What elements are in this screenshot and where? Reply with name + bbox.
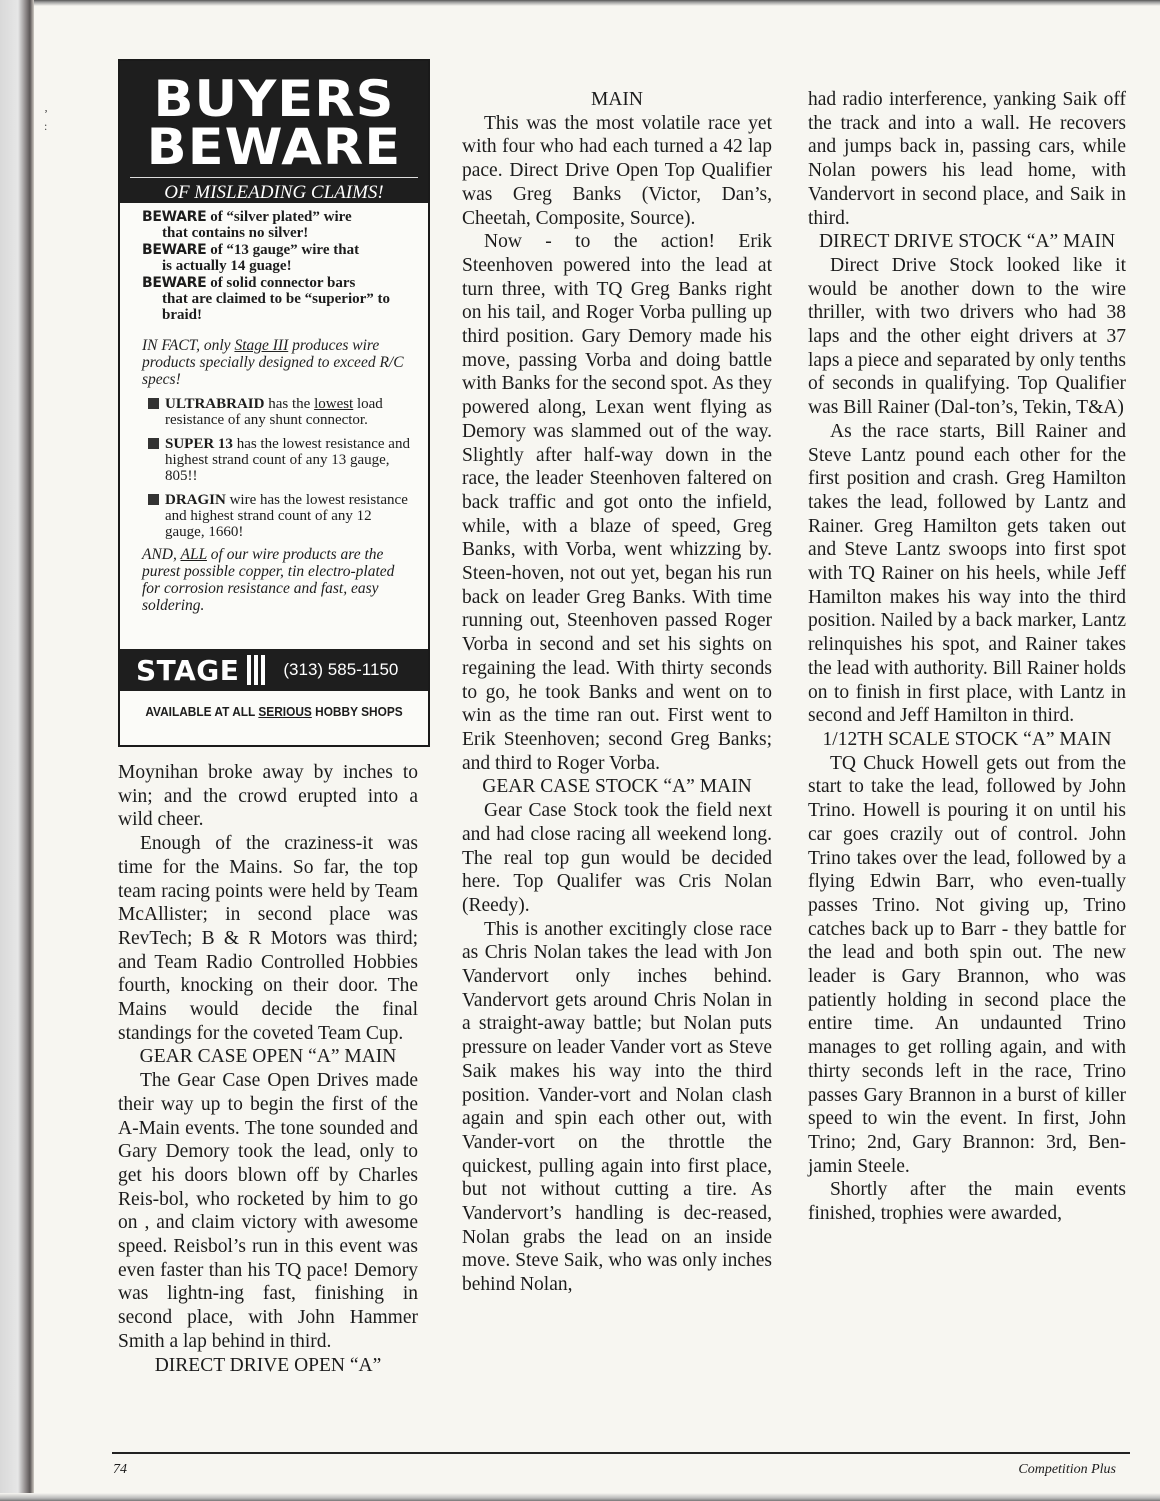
section-heading: DIRECT DRIVE OPEN “A” <box>118 1354 418 1378</box>
fact-prefix: IN FACT, only <box>142 337 234 354</box>
paragraph: Gear Case Stock took the field next and … <box>462 799 772 918</box>
bullet-square-icon <box>148 494 159 505</box>
roman-three-icon <box>247 655 265 685</box>
page-number: 74 <box>113 1462 127 1478</box>
ad-title: BUYERS BEWARE <box>112 61 435 171</box>
brand-logo-text: STAGE <box>136 654 239 687</box>
ad-fact: IN FACT, only Stage III produces wire pr… <box>142 337 414 388</box>
paragraph: Direct Drive Stock looked like it would … <box>808 254 1126 420</box>
paragraph: TQ Chuck Howell gets out from the start … <box>808 752 1126 1179</box>
beware-text: of “13 gauge” wire that <box>210 242 359 258</box>
paragraph: This is another excitingly close race as… <box>462 918 772 1297</box>
beware-keyword: BEWARE <box>142 275 206 291</box>
product-item: DRAGIN wire has the lowest resistance an… <box>142 492 414 540</box>
paragraph: Shortly after the main events finished, … <box>808 1178 1126 1225</box>
ad-title-line1: BUYERS <box>112 75 435 123</box>
product-text: DRAGIN wire has the lowest resistance an… <box>165 492 414 540</box>
book-binding <box>0 0 34 1501</box>
article-column-2: MAINThis was the most volatile race yet … <box>462 88 772 1297</box>
product-desc: has the <box>264 396 314 412</box>
article-column-1: Moynihan broke away by inches to win; an… <box>118 761 418 1377</box>
beware-text: of “silver plated” wire <box>210 209 352 225</box>
product-text: ULTRABRAID has the lowest load resistanc… <box>165 396 414 428</box>
ad-and-statement: AND, ALL of our wire products are the pu… <box>142 546 414 614</box>
section-heading: GEAR CASE OPEN “A” MAIN <box>118 1045 418 1069</box>
ad-divider <box>130 177 418 178</box>
beware-keyword: BEWARE <box>142 209 206 225</box>
beware-text-cont: that contains no silver! <box>142 225 414 241</box>
product-name: SUPER 13 <box>165 436 233 452</box>
page-bottom-edge <box>0 1493 1160 1501</box>
product-name: DRAGIN <box>165 492 226 508</box>
ad-brand-bar: STAGE (313) 585-1150 <box>120 649 428 691</box>
avail-serious: SERIOUS <box>258 705 311 719</box>
publication-name: Competition Plus <box>1018 1462 1116 1478</box>
bullet-square-icon <box>148 438 159 449</box>
paragraph: Now - to the action! Erik Steenhoven pow… <box>462 230 772 775</box>
product-text: SUPER 13 has the lowest resistance and h… <box>165 436 414 484</box>
bullet-square-icon <box>148 398 159 409</box>
product-item: ULTRABRAID has the lowest load resistanc… <box>142 396 414 428</box>
ad-body: BEWARE of “silver plated” wirethat conta… <box>120 203 428 614</box>
paragraph: The Gear Case Open Drives made their way… <box>118 1069 418 1353</box>
ad-header: BUYERS BEWARE OF MISLEADING CLAIMS! <box>120 61 428 203</box>
paragraph: As the race starts, Bill Rainer and Stev… <box>808 420 1126 728</box>
fact-brand: Stage III <box>234 337 288 354</box>
beware-text-cont: is actually 14 guage! <box>142 258 414 274</box>
page-top-edge <box>34 0 1160 6</box>
section-heading: GEAR CASE STOCK “A” MAIN <box>462 775 772 799</box>
paragraph: This was the most volatile race yet with… <box>462 112 772 231</box>
margin-mark: ʼ: <box>44 108 48 132</box>
product-item: SUPER 13 has the lowest resistance and h… <box>142 436 414 484</box>
avail-prefix: AVAILABLE AT ALL <box>145 705 258 719</box>
ad-warnings: BEWARE of “silver plated” wirethat conta… <box>142 209 414 323</box>
paragraph: Enough of the craziness-it was time for … <box>118 832 418 1045</box>
stage-iii-advertisement: BUYERS BEWARE OF MISLEADING CLAIMS! BEWA… <box>118 59 430 747</box>
footer-rule <box>112 1452 1130 1454</box>
avail-suffix: HOBBY SHOPS <box>312 705 403 719</box>
beware-text-cont: that are claimed to be “superior” to bra… <box>142 291 414 323</box>
ad-availability: AVAILABLE AT ALL SERIOUS HOBBY SHOPS <box>128 705 421 719</box>
beware-text: of solid connector bars <box>210 275 355 291</box>
beware-item: BEWARE of “13 gauge” wire thatis actuall… <box>142 242 414 274</box>
ad-title-line2: BEWARE <box>112 123 435 171</box>
product-desc-underlined: lowest <box>314 396 353 412</box>
beware-item: BEWARE of solid connector barsthat are c… <box>142 275 414 323</box>
ad-products: ULTRABRAID has the lowest load resistanc… <box>142 396 414 540</box>
and-all: ALL <box>180 546 206 563</box>
beware-item: BEWARE of “silver plated” wirethat conta… <box>142 209 414 241</box>
section-heading: DIRECT DRIVE STOCK “A” MAIN <box>808 230 1126 254</box>
section-heading: MAIN <box>462 88 772 112</box>
product-name: ULTRABRAID <box>165 396 264 412</box>
article-column-3: had radio interference, yanking Saik off… <box>808 88 1126 1226</box>
beware-keyword: BEWARE <box>142 242 206 258</box>
phone-number: (313) 585-1150 <box>283 660 398 680</box>
section-heading: 1/12TH SCALE STOCK “A” MAIN <box>808 728 1126 752</box>
ad-subtitle: OF MISLEADING CLAIMS! <box>120 182 428 204</box>
paragraph: had radio interference, yanking Saik off… <box>808 88 1126 230</box>
and-prefix: AND, <box>142 546 180 563</box>
paragraph: Moynihan broke away by inches to win; an… <box>118 761 418 832</box>
